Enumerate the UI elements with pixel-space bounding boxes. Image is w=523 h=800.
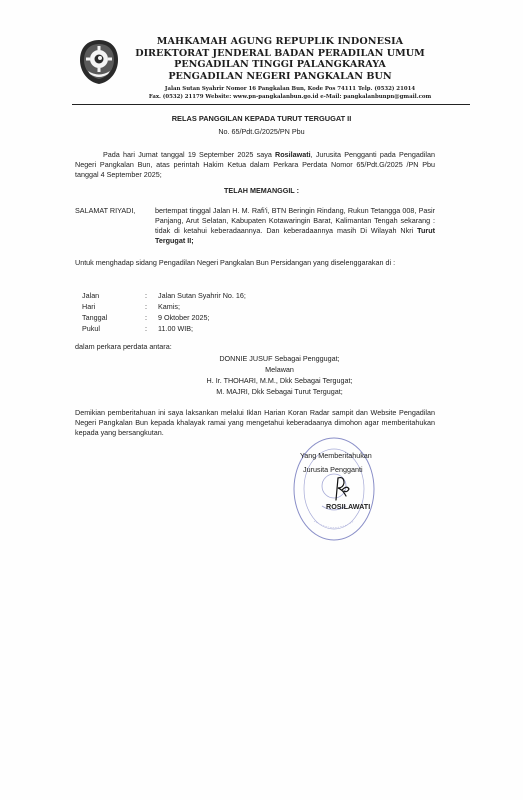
handwritten-signature-icon xyxy=(330,474,352,502)
called-heading: TELAH MEMANGGIL : xyxy=(0,186,523,195)
schedule-row: Hari:Kamis; xyxy=(82,301,246,312)
letterhead-divider xyxy=(72,104,470,105)
schedule-value: 9 Oktober 2025; xyxy=(158,312,210,323)
opening-text-pre: Pada hari Jumat tanggal 19 September 202… xyxy=(103,150,275,159)
colon: : xyxy=(145,323,158,334)
party-name: SALAMAT RIYADI, xyxy=(75,206,135,216)
schedule-row: Tanggal:9 Oktober 2025; xyxy=(82,312,246,323)
versus-line: Melawan xyxy=(18,364,523,375)
party-address: bertempat tinggal Jalan H. M. Rafi'i, BT… xyxy=(155,206,435,246)
colon: : xyxy=(145,290,158,301)
contact-line: Fax. (0532) 21179 Website: www.pn-pangka… xyxy=(100,94,480,102)
document-page: MAHKAMAH AGUNG REPUPLIK INDONESIA DIREKT… xyxy=(0,0,523,800)
letterhead-line-1: MAHKAMAH AGUNG REPUPLIK INDONESIA xyxy=(120,36,440,48)
case-number: No. 65/Pdt.G/2025/PN Pbu xyxy=(0,127,523,136)
colon: : xyxy=(145,301,158,312)
schedule-value: Jalan Sutan Syahrir No. 16; xyxy=(158,290,246,301)
bailiff-name: Rosilawati xyxy=(275,150,311,159)
co-defendant-line: M. MAJRI, Dkk Sebagai Turut Tergugat; xyxy=(18,386,523,397)
letterhead-line-2: DIREKTORAT JENDERAL BADAN PERADILAN UMUM xyxy=(120,48,440,60)
schedule-label: Tanggal xyxy=(82,312,145,323)
signer-role-1: Yang Memberitahukan xyxy=(300,450,372,461)
plaintiff-line: DONNIE JUSUF Sebagai Penggugat; xyxy=(18,353,523,364)
defendant-line: H. Ir. THOHARI, M.M., Dkk Sebagai Tergug… xyxy=(18,375,523,386)
letterhead-line-3: PENGADILAN TINGGI PALANGKARAYA xyxy=(120,59,440,71)
summons-paragraph: Untuk menghadap sidang Pengadilan Negeri… xyxy=(75,258,435,268)
letterhead-contact: Jalan Sutan Syahrir Nomor 16 Pangkalan B… xyxy=(100,86,480,101)
schedule-value: Kamis; xyxy=(158,301,180,312)
schedule-label: Hari xyxy=(82,301,145,312)
schedule-row: Pukul:11.00 WIB; xyxy=(82,323,246,334)
schedule-label: Pukul xyxy=(82,323,145,334)
court-emblem-icon xyxy=(78,38,120,86)
signer-name: ROSILAWATI xyxy=(326,501,370,512)
closing-paragraph: Demikian pemberitahuan ini saya laksanka… xyxy=(75,408,435,438)
document-title: RELAS PANGGILAN KEPADA TURUT TERGUGAT II xyxy=(0,114,523,123)
schedule-label: Jalan xyxy=(82,290,145,301)
schedule-value: 11.00 WIB; xyxy=(158,323,193,334)
party-address-text: bertempat tinggal Jalan H. M. Rafi'i, BT… xyxy=(155,206,435,235)
case-intro: dalam perkara perdata antara: xyxy=(75,342,435,352)
colon: : xyxy=(145,312,158,323)
hearing-schedule: Jalan:Jalan Sutan Syahrir No. 16; Hari:K… xyxy=(82,290,246,334)
schedule-row: Jalan:Jalan Sutan Syahrir No. 16; xyxy=(82,290,246,301)
address-line: Jalan Sutan Syahrir Nomor 16 Pangkalan B… xyxy=(100,86,480,94)
letterhead: MAHKAMAH AGUNG REPUPLIK INDONESIA DIREKT… xyxy=(120,36,440,82)
opening-paragraph: Pada hari Jumat tanggal 19 September 202… xyxy=(75,150,435,180)
letterhead-line-4: PENGADILAN NEGERI PANGKALAN BUN xyxy=(120,71,440,83)
